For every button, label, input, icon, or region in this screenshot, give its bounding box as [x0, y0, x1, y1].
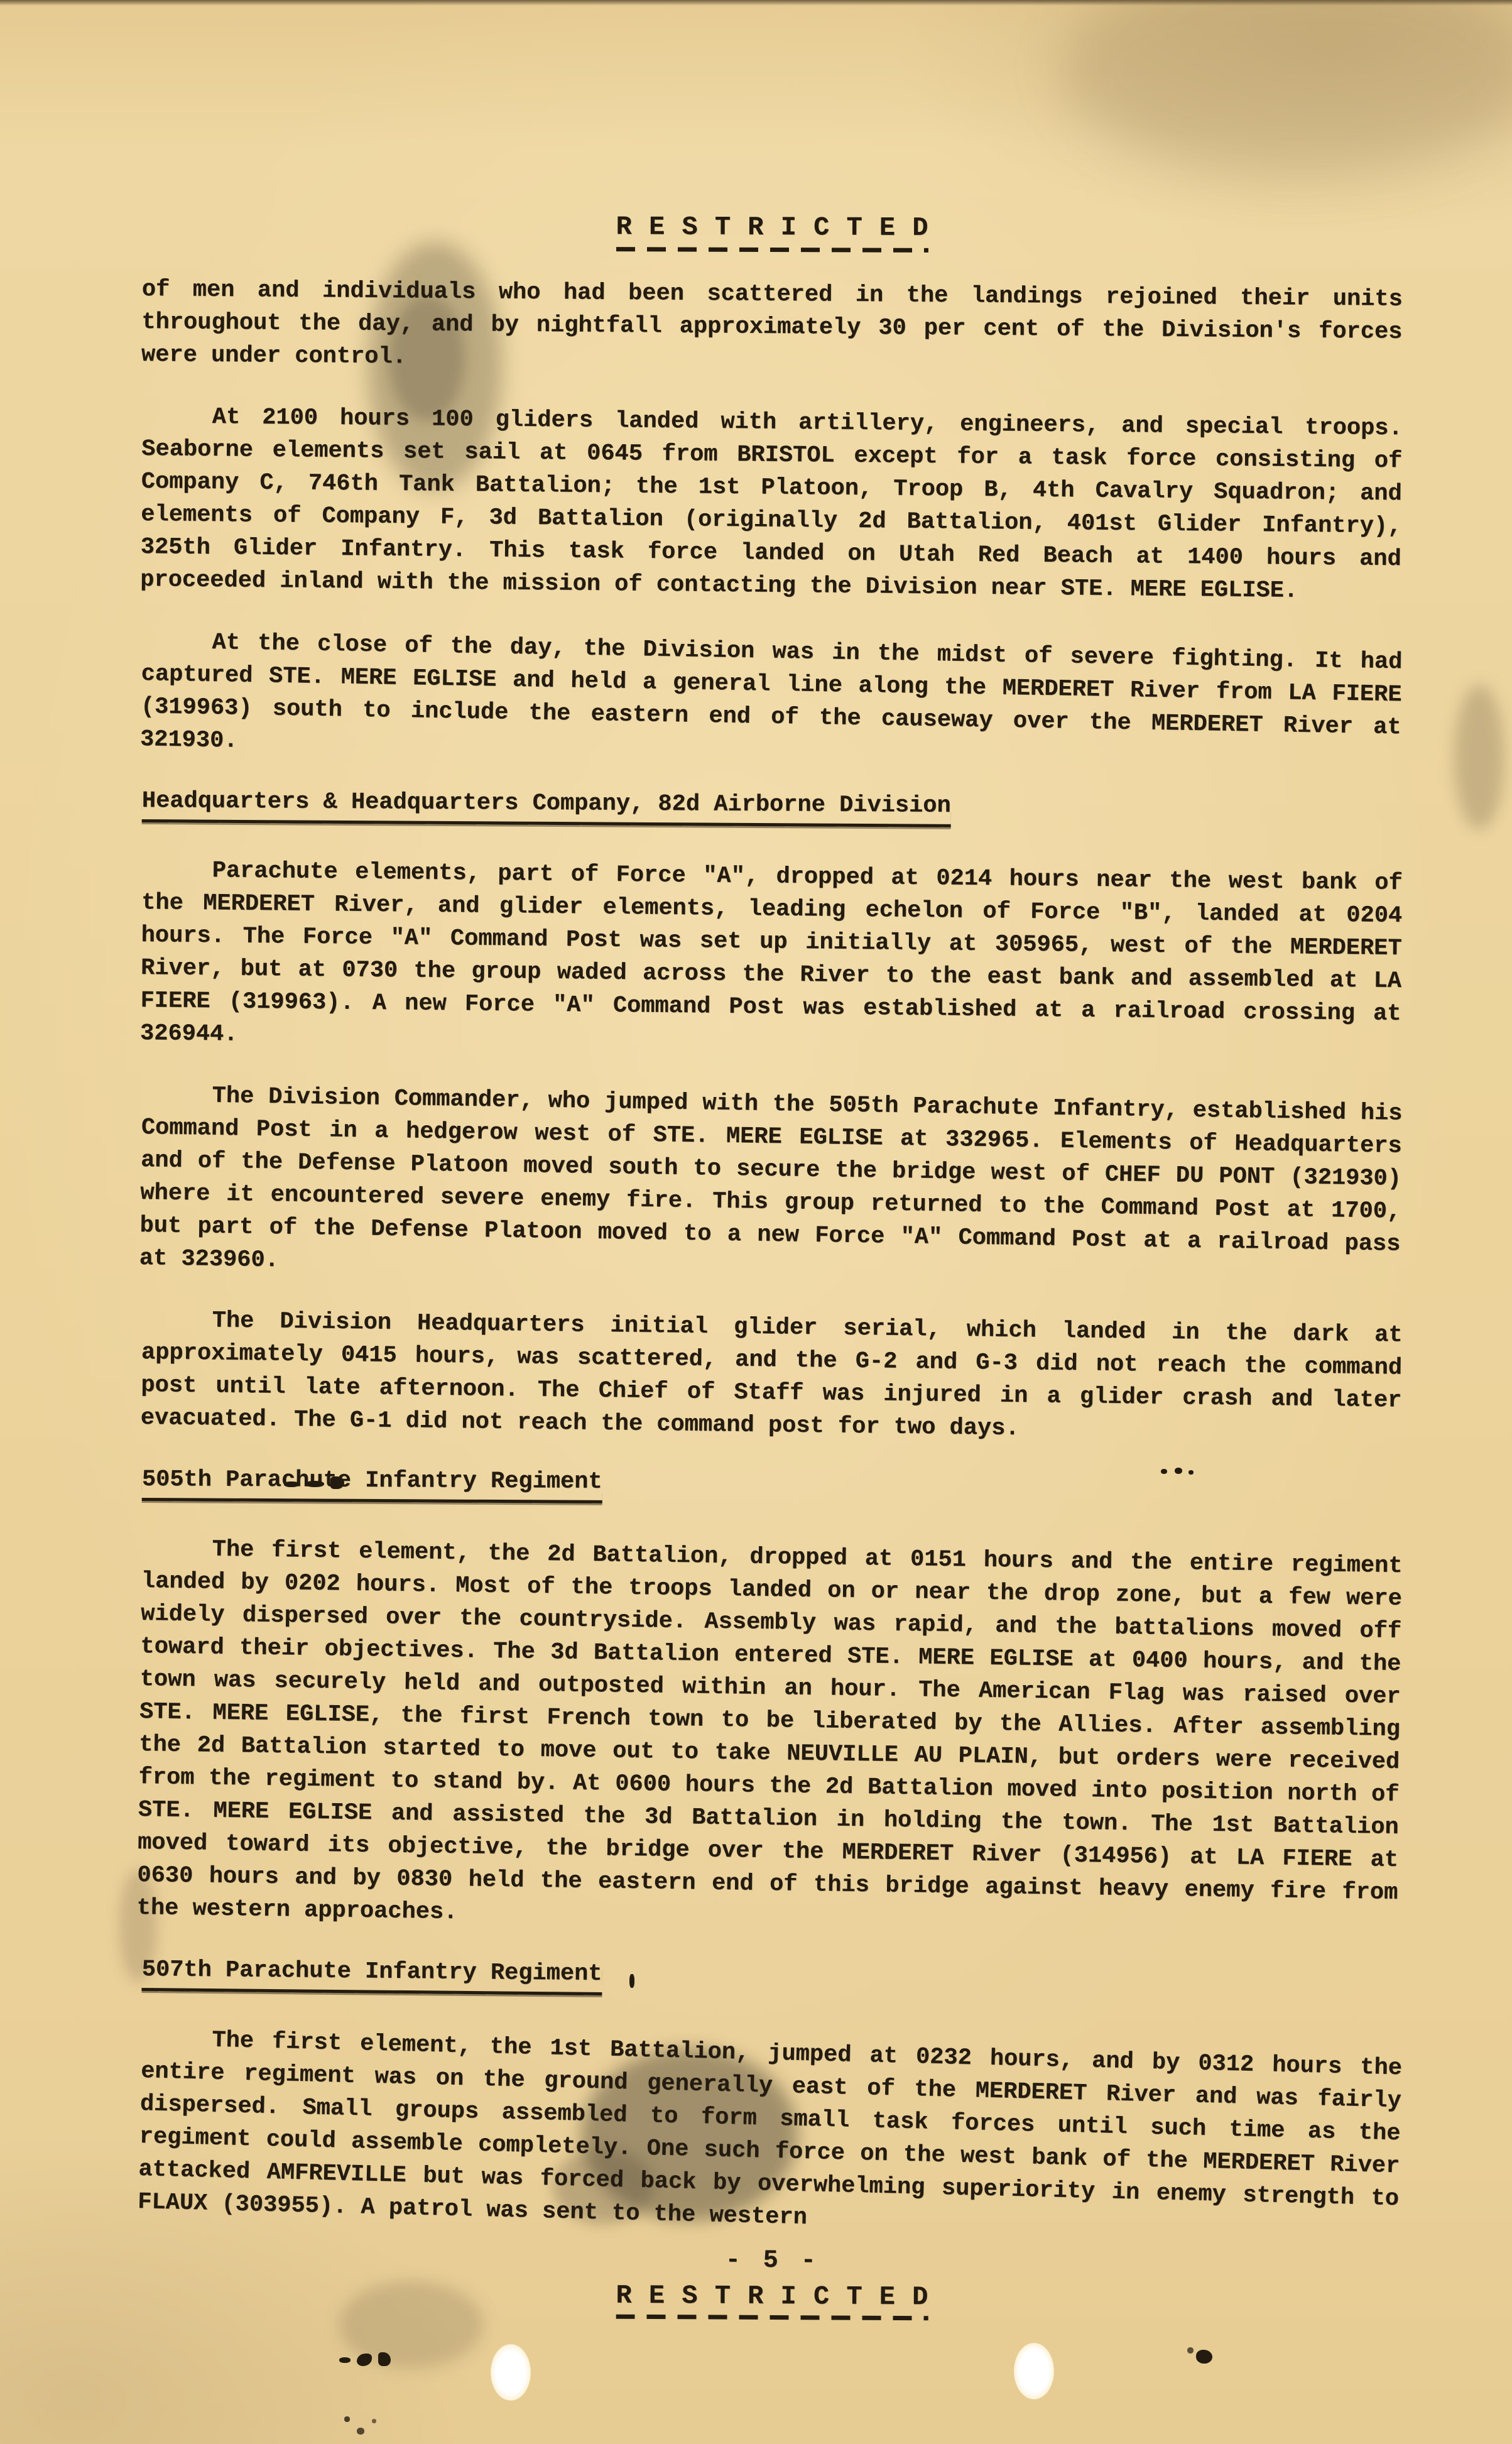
paragraph-glider-landings: At 2100 hours 100 gliders landed with ar… [140, 400, 1403, 608]
paragraph-505th-actions: The first element, the 2d Battalion, dro… [136, 1532, 1403, 1942]
ink-smudge [1161, 1465, 1199, 1478]
section-heading-text: 505th Parachute Infantry Regiment [142, 1463, 602, 1503]
paragraph-507th-actions: The first element, the 1st Battalion, ju… [138, 2022, 1403, 2248]
ink-smudge [284, 1476, 353, 1492]
classification-banner-bottom: R E S T R I C T E D [616, 2281, 928, 2321]
paragraph-close-of-day: At the close of the day, the Division wa… [140, 625, 1403, 777]
ink-smudge [628, 1974, 636, 1989]
section-heading-507th: 507th Parachute Infantry Regiment [141, 1953, 1402, 2003]
paragraph-hq-glider-serial: The Division Headquarters initial glider… [140, 1304, 1402, 1450]
punch-hole-left [491, 2344, 531, 2401]
punch-hole-right [1014, 2343, 1054, 2399]
section-heading-text: 507th Parachute Infantry Regiment [141, 1953, 602, 1995]
ink-speckles [344, 2414, 388, 2439]
section-heading-text: Headquarters & Headquarters Company, 82d… [142, 785, 951, 827]
paper-stain [1454, 685, 1504, 829]
paragraph-parachute-elements: Parachute elements, part of Force "A", d… [140, 854, 1403, 1063]
paper-stain [1062, 0, 1512, 176]
classification-text: R E S T R I C T E D [616, 210, 928, 253]
scanned-document-page: R E S T R I C T E D of men and individua… [0, 0, 1512, 2444]
ink-smudge [1187, 2347, 1222, 2366]
paragraph-division-commander: The Division Commander, who jumped with … [139, 1079, 1402, 1294]
section-heading-hq-company: Headquarters & Headquarters Company, 82d… [142, 785, 1403, 830]
page-number: - 5 - [142, 2243, 1403, 2280]
classification-banner-top: R E S T R I C T E D [142, 209, 1403, 254]
ink-smudge [339, 2351, 402, 2367]
page-footer: - 5 - R E S T R I C T E D [142, 2243, 1403, 2323]
document-body: R E S T R I C T E D of men and individua… [142, 211, 1403, 2247]
paragraph-carryover: of men and individuals who had been scat… [141, 273, 1403, 381]
